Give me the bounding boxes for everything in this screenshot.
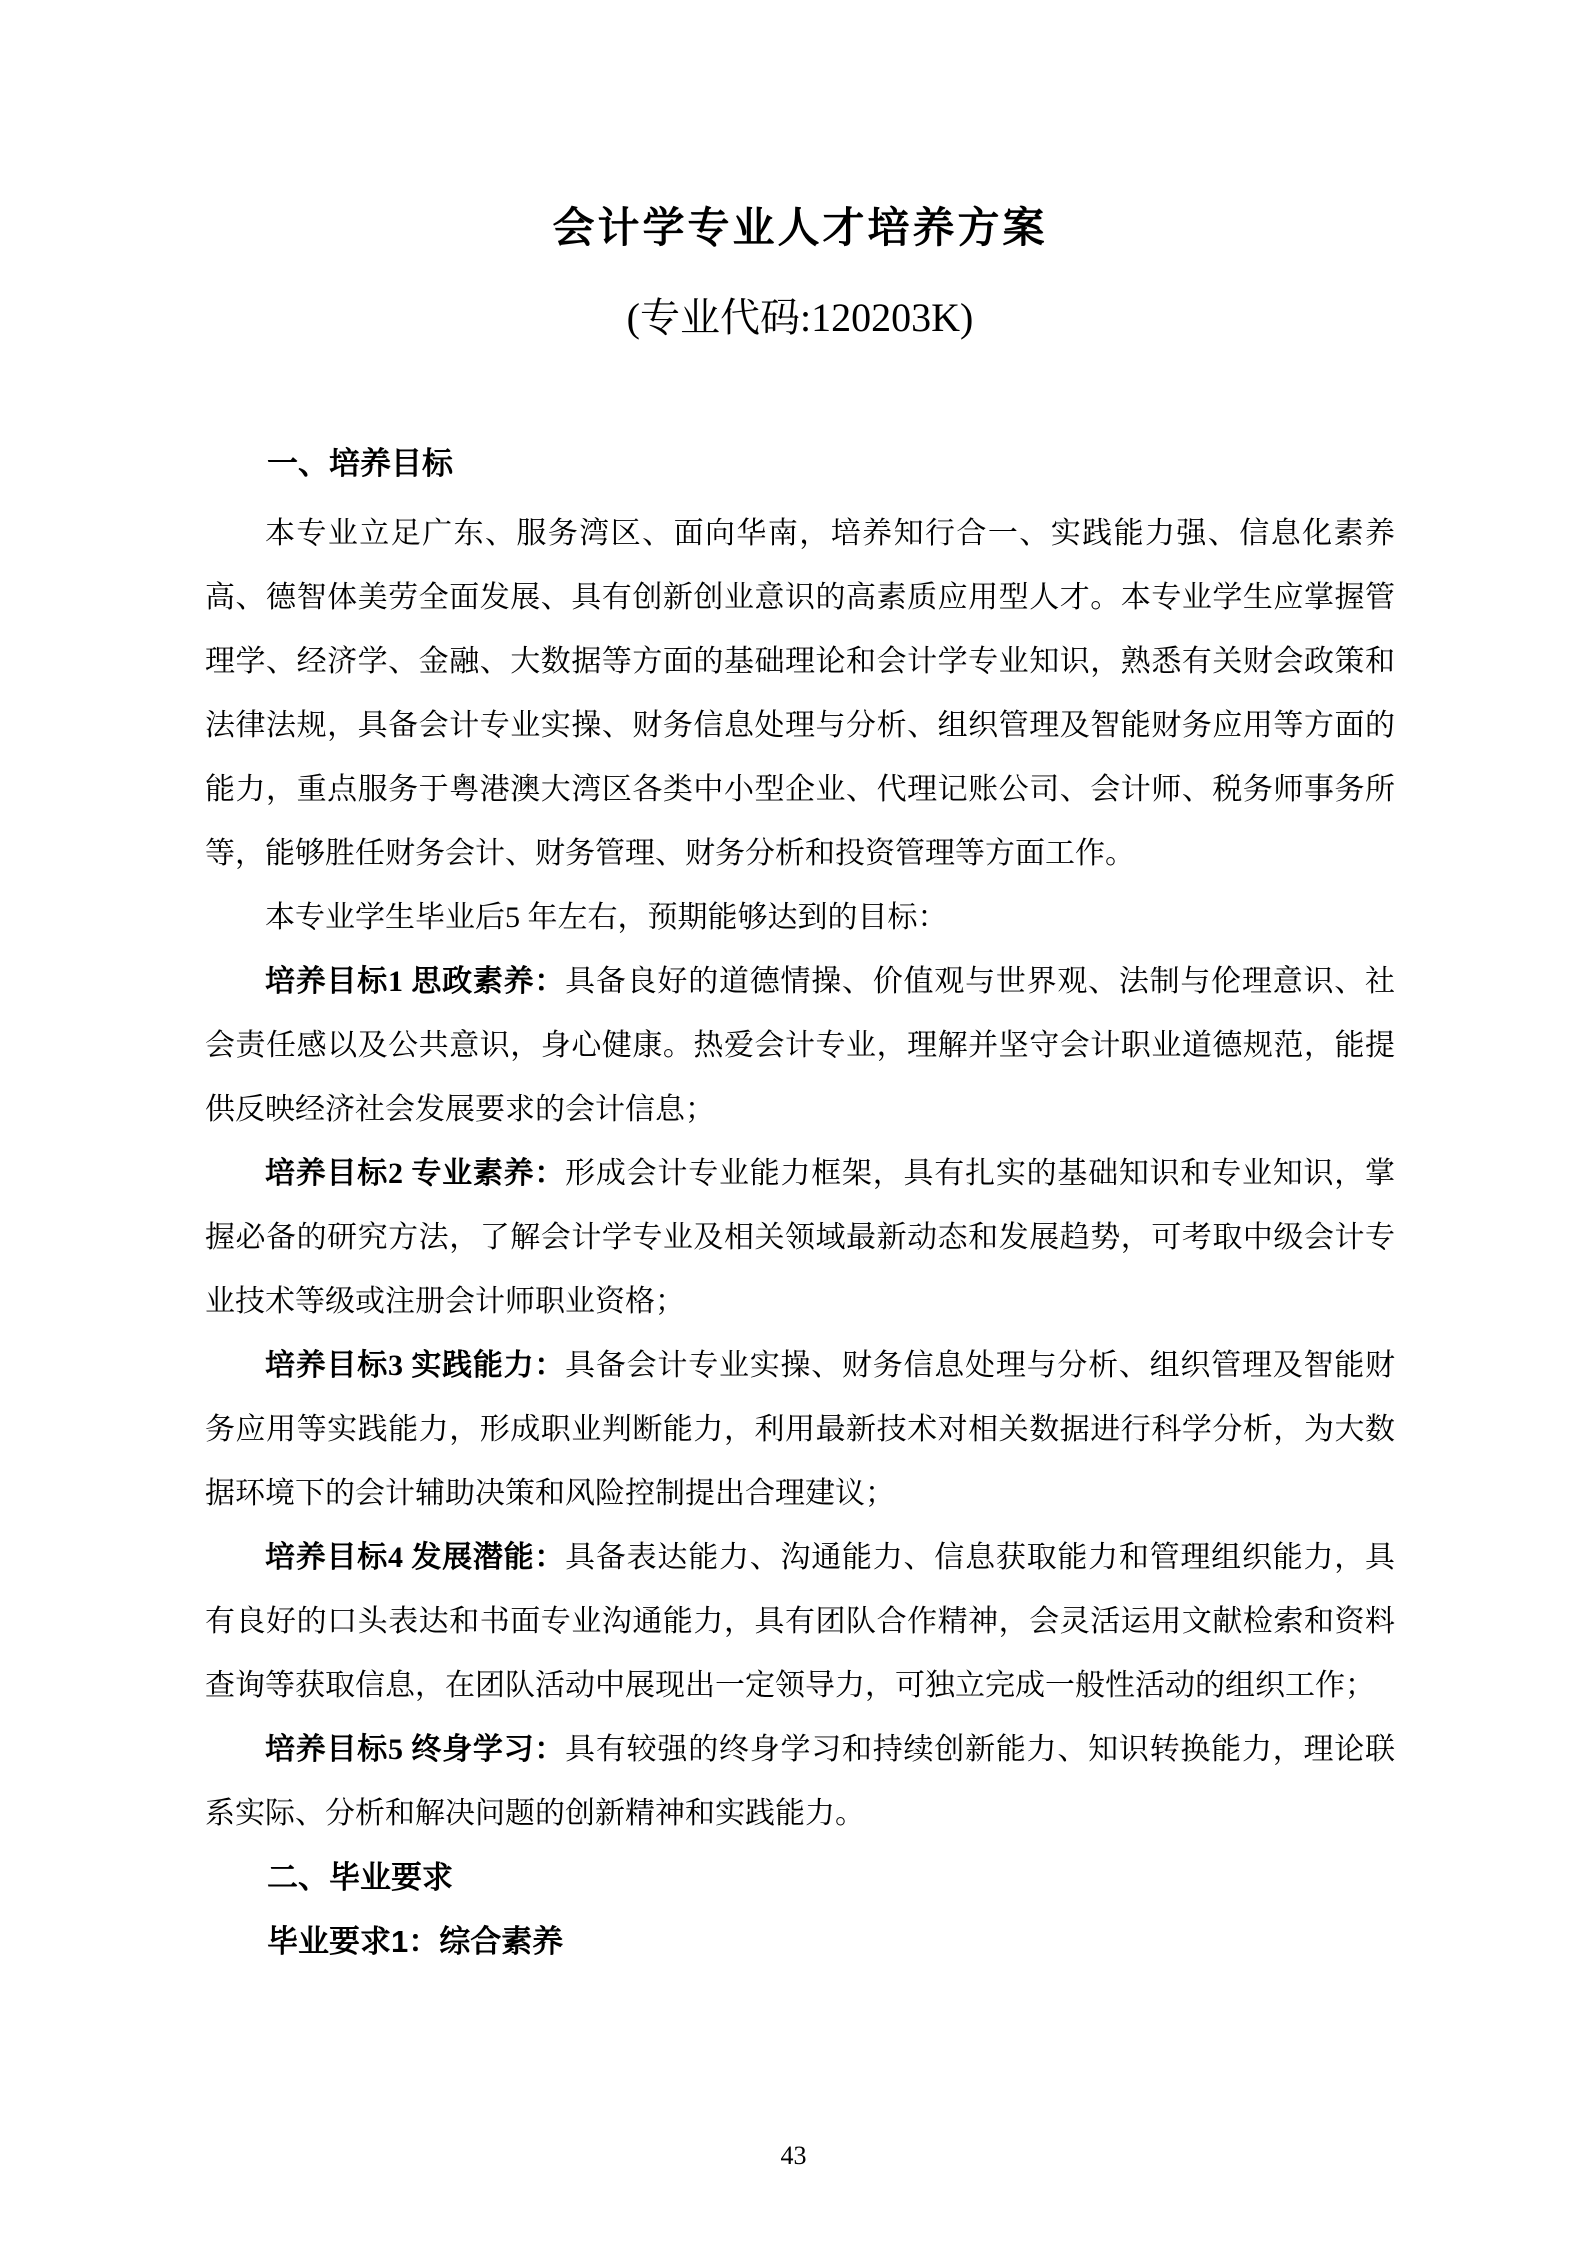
objective-paragraph-5: 培养目标5 终身学习：具有较强的终身学习和持续创新能力、知识转换能力，理论联系实… (205, 1718, 1395, 1846)
objective-paragraph-1: 培养目标1 思政素养：具备良好的道德情操、价值观与世界观、法制与伦理意识、社会责… (205, 950, 1395, 1142)
intro-paragraph: 本专业立足广东、服务湾区、面向华南，培养知行合一、实践能力强、信息化素养高、德智… (205, 502, 1395, 886)
subsection-heading-requirement-1: 毕业要求1：综合素养 (205, 1910, 1395, 1974)
document-title: 会计学专业人才培养方案 (205, 202, 1395, 254)
document-content: 会计学专业人才培养方案 (专业代码:120203K) 一、培养目标 本专业立足广… (205, 0, 1395, 1974)
objective-label-3: 培养目标3 实践能力： (265, 1349, 565, 1382)
page-number: 43 (0, 2140, 1587, 2172)
document-subtitle: (专业代码:120203K) (205, 294, 1395, 342)
objective-label-4: 培养目标4 发展潜能： (265, 1541, 565, 1574)
document-page: 会计学专业人才培养方案 (专业代码:120203K) 一、培养目标 本专业立足广… (0, 0, 1587, 2245)
section-heading-graduation-requirements: 二、毕业要求 (205, 1846, 1395, 1910)
objective-label-2: 培养目标2 专业素养： (265, 1157, 565, 1190)
section-heading-training-objectives: 一、培养目标 (205, 442, 1395, 486)
objective-label-5: 培养目标5 终身学习： (265, 1733, 565, 1766)
objective-paragraph-3: 培养目标3 实践能力：具备会计专业实操、财务信息处理与分析、组织管理及智能财务应… (205, 1334, 1395, 1526)
objective-label-1: 培养目标1 思政素养： (265, 965, 565, 998)
objective-paragraph-2: 培养目标2 专业素养：形成会计专业能力框架，具有扎实的基础知识和专业知识，掌握必… (205, 1142, 1395, 1334)
objective-paragraph-4: 培养目标4 发展潜能：具备表达能力、沟通能力、信息获取能力和管理组织能力，具有良… (205, 1526, 1395, 1718)
lead-paragraph: 本专业学生毕业后5 年左右，预期能够达到的目标： (205, 886, 1395, 950)
